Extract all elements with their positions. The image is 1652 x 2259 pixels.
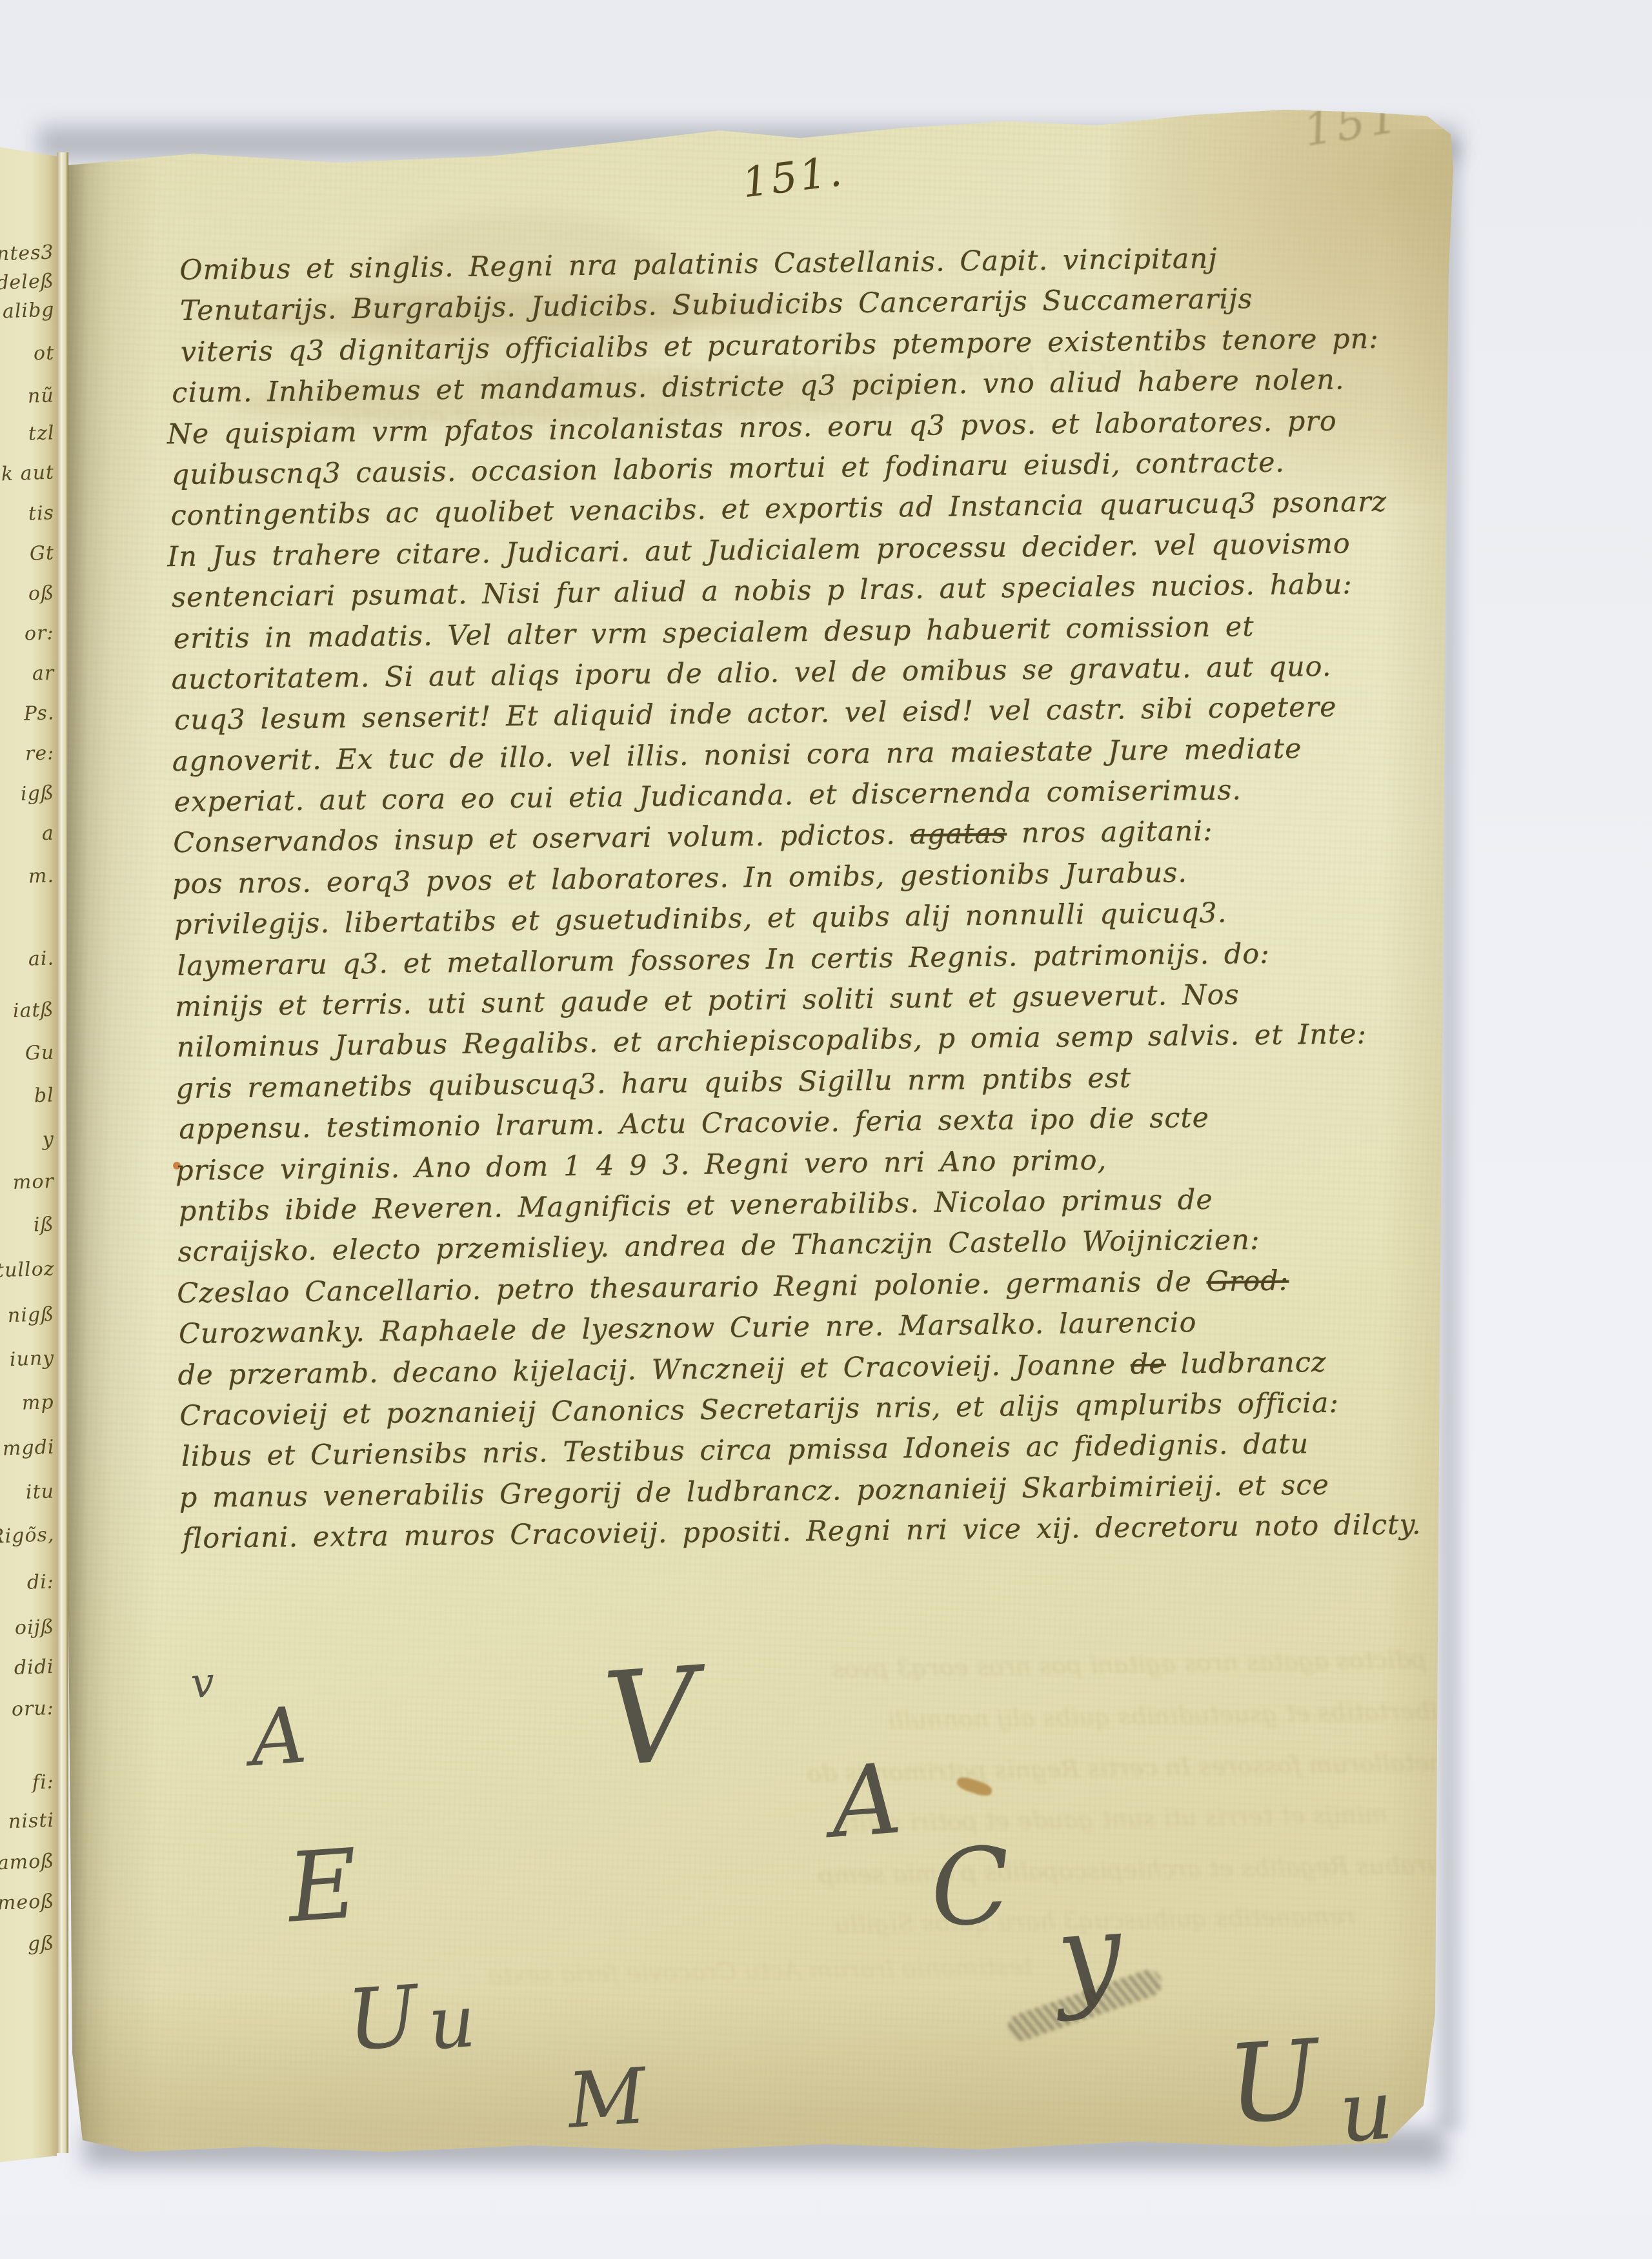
- margin-fragment: Rigõs,: [0, 1523, 55, 1548]
- pen-trial-letter: A: [248, 1697, 309, 1778]
- binding-fold-shadow: [66, 161, 163, 2156]
- margin-fragment: gß: [27, 1932, 54, 1955]
- pen-trial-letter: u: [1337, 2069, 1396, 2154]
- margin-fragment: bl: [34, 1084, 55, 1107]
- pen-trial-letter: C: [927, 1833, 1014, 1943]
- pen-trial-letter: U: [1224, 2025, 1322, 2139]
- margin-fragment: Gt: [29, 542, 54, 565]
- margin-fragment: oijß: [14, 1616, 54, 1639]
- margin-fragment: oß: [28, 582, 54, 605]
- text-block: Omibus et singlis. Regni nra palatinis C…: [179, 240, 1472, 1564]
- margin-fragment: ntes3: [0, 241, 55, 265]
- gutter-fold: [57, 152, 68, 2153]
- parchment-page: quibuscnq3 causis occasion laboris mortu…: [0, 0, 1652, 2259]
- margin-fragment: ndeleß: [0, 270, 55, 295]
- margin-fragment: nigß: [7, 1303, 54, 1327]
- margin-fragment: meoß: [0, 1890, 55, 1914]
- margin-fragment: a: [42, 822, 55, 846]
- margin-fragment: didi: [14, 1656, 55, 1679]
- margin-fragment: ai.: [28, 947, 54, 970]
- margin-fragment: mp: [22, 1391, 55, 1415]
- margin-fragment: tis: [28, 501, 54, 525]
- margin-fragment: m.: [28, 864, 54, 887]
- margin-fragment: mgdi: [2, 1436, 55, 1461]
- previous-page-fragments: ntes3ndeleßalibgotnũtzlk auttisGtoßor:ar…: [0, 0, 57, 2259]
- margin-fragment: Gu: [25, 1041, 54, 1065]
- struck-word: Grod:: [1206, 1264, 1289, 1297]
- margin-fragment: itu: [25, 1480, 54, 1504]
- margin-fragment: ot: [33, 341, 54, 365]
- margin-fragment: alibg: [2, 299, 55, 323]
- pen-trial-letter: u: [426, 1985, 478, 2061]
- margin-fragment: iuny: [9, 1347, 54, 1371]
- margin-fragment: nisti: [8, 1809, 54, 1833]
- line-text: nros agitani:: [1007, 815, 1213, 850]
- pen-trial-letter: M: [565, 2058, 649, 2139]
- margin-fragment: oru:: [12, 1697, 55, 1721]
- margin-fragment: igß: [21, 782, 55, 805]
- struck-word: agatas: [910, 818, 1007, 851]
- margin-fragment: nũ: [28, 384, 55, 407]
- margin-fragment: fi:: [32, 1770, 55, 1794]
- pen-trial-letter: E: [285, 1836, 361, 1936]
- pen-trial-letter: V: [599, 1650, 701, 1786]
- margin-fragment: re:: [25, 742, 54, 765]
- margin-fragment: camoß: [0, 1850, 55, 1875]
- margin-fragment: iß: [34, 1213, 55, 1236]
- margin-fragment: k aut: [1, 461, 54, 486]
- margin-fragment: tulloz: [0, 1257, 55, 1282]
- line-text: ludbrancz: [1166, 1346, 1327, 1380]
- margin-fragment: ar: [32, 662, 54, 685]
- margin-fragment: Ps.: [23, 702, 55, 725]
- manuscript-scan: ntes3ndeleßalibgotnũtzlk auttisGtoßor:ar…: [0, 0, 1652, 2259]
- margin-fragment: di:: [26, 1570, 54, 1594]
- margin-fragment: mor: [13, 1170, 55, 1194]
- struck-word: de: [1131, 1348, 1167, 1381]
- margin-fragment: or:: [25, 622, 55, 645]
- margin-fragment: y: [42, 1128, 54, 1151]
- pen-trial-letter: v: [190, 1662, 216, 1705]
- pen-trial-letter: A: [828, 1750, 905, 1852]
- pen-trial-letter: U: [345, 1974, 421, 2062]
- margin-fragment: tzl: [28, 421, 55, 445]
- margin-fragment: iatß: [13, 998, 55, 1022]
